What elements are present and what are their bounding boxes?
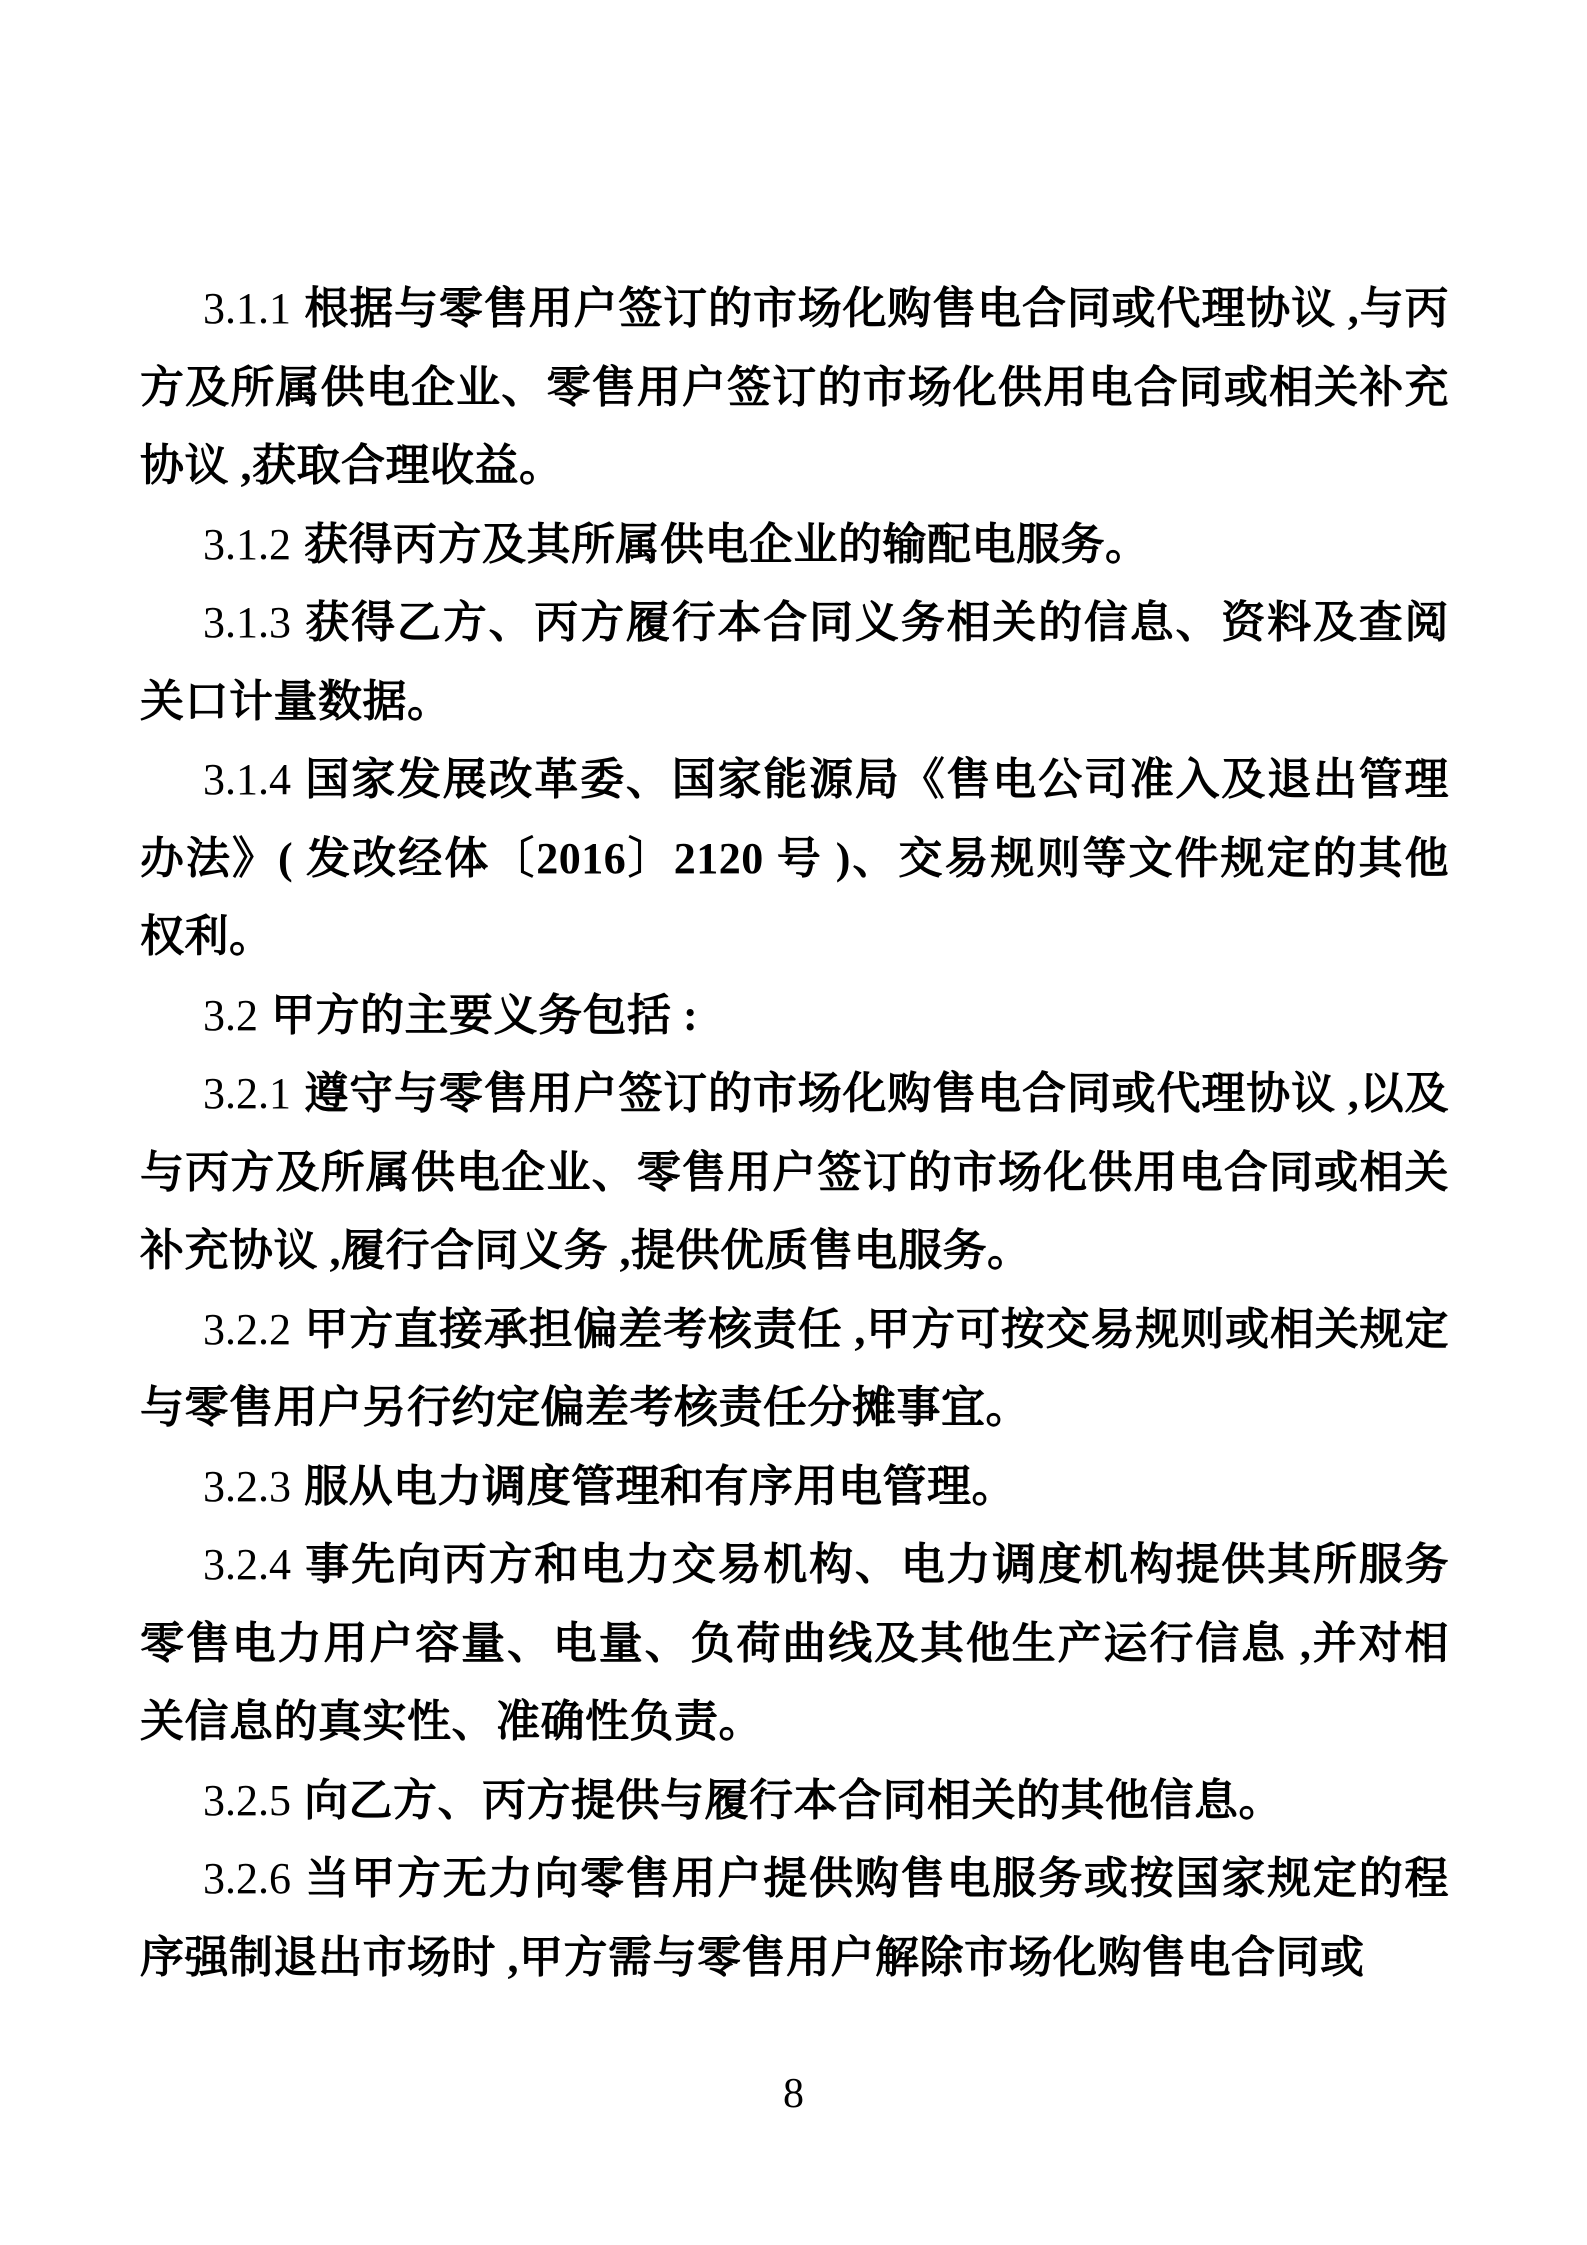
contract-clause: 3.1.1根据与零售用户签订的市场化购售电合同或代理协议 ,与丙方及所属供电企业…: [140, 270, 1449, 506]
clause-number: 3.1.3: [203, 598, 304, 647]
clause-number: 3.1.4: [203, 755, 304, 804]
page-number: 8: [0, 2070, 1587, 2118]
clause-number: 3.2.6: [203, 1854, 304, 1903]
contract-clause: 3.2甲方的主要义务包括 :: [140, 977, 1449, 1056]
clause-text: 获得丙方及其所属供电企业的输配电服务。: [304, 520, 1150, 569]
clause-text: 向乙方、丙方提供与履行本合同相关的其他信息。: [304, 1776, 1283, 1825]
clause-number: 3.2.3: [203, 1462, 304, 1511]
clause-number: 3.2.2: [203, 1305, 304, 1354]
clause-number: 3.1.2: [203, 520, 304, 569]
clause-number: 3.1.1: [203, 284, 304, 333]
clause-text: 事先向丙方和电力交易机构、电力调度机构提供其所服务零售电力用户容量、电量、负荷曲…: [140, 1540, 1449, 1746]
clause-text: 当甲方无力向零售用户提供购售电服务或按国家规定的程序强制退出市场时 ,甲方需与零…: [140, 1854, 1449, 1982]
contract-clause: 3.2.2甲方直接承担偏差考核责任 ,甲方可按交易规则或相关规定与零售用户另行约…: [140, 1291, 1449, 1448]
clause-text: 甲方的主要义务包括 :: [271, 991, 698, 1040]
clause-text: 国家发展改革委、国家能源局《售电公司准入及退出管理办法》( 发改经体〔2016〕…: [140, 755, 1449, 961]
clause-text: 服从电力调度管理和有序用电管理。: [304, 1462, 1016, 1511]
contract-clause: 3.2.3服从电力调度管理和有序用电管理。: [140, 1448, 1449, 1527]
contract-clause: 3.2.5向乙方、丙方提供与履行本合同相关的其他信息。: [140, 1762, 1449, 1841]
clause-text: 遵守与零售用户签订的市场化购售电合同或代理协议 ,以及与丙方及所属供电企业、零售…: [140, 1069, 1449, 1275]
clause-number: 3.2.5: [203, 1776, 304, 1825]
document-page: { "page": { "number": "8", "paragraphs":…: [0, 0, 1587, 2245]
clause-text: 获得乙方、丙方履行本合同义务相关的信息、资料及查阅关口计量数据。: [140, 598, 1449, 726]
contract-clause: 3.2.6当甲方无力向零售用户提供购售电服务或按国家规定的程序强制退出市场时 ,…: [140, 1840, 1449, 1997]
clause-text: 甲方直接承担偏差考核责任 ,甲方可按交易规则或相关规定与零售用户另行约定偏差考核…: [140, 1305, 1449, 1433]
contract-clause: 3.1.2获得丙方及其所属供电企业的输配电服务。: [140, 506, 1449, 585]
clause-number: 3.2: [203, 991, 271, 1040]
clause-text: 根据与零售用户签订的市场化购售电合同或代理协议 ,与丙方及所属供电企业、零售用户…: [140, 284, 1449, 490]
contract-clause: 3.2.4事先向丙方和电力交易机构、电力调度机构提供其所服务零售电力用户容量、电…: [140, 1526, 1449, 1762]
contract-text-block: 3.1.1根据与零售用户签订的市场化购售电合同或代理协议 ,与丙方及所属供电企业…: [140, 270, 1449, 1997]
contract-clause: 3.1.4国家发展改革委、国家能源局《售电公司准入及退出管理办法》( 发改经体〔…: [140, 741, 1449, 977]
clause-number: 3.2.4: [203, 1540, 304, 1589]
contract-clause: 3.1.3获得乙方、丙方履行本合同义务相关的信息、资料及查阅关口计量数据。: [140, 584, 1449, 741]
clause-number: 3.2.1: [203, 1069, 304, 1118]
contract-clause: 3.2.1遵守与零售用户签订的市场化购售电合同或代理协议 ,以及与丙方及所属供电…: [140, 1055, 1449, 1291]
